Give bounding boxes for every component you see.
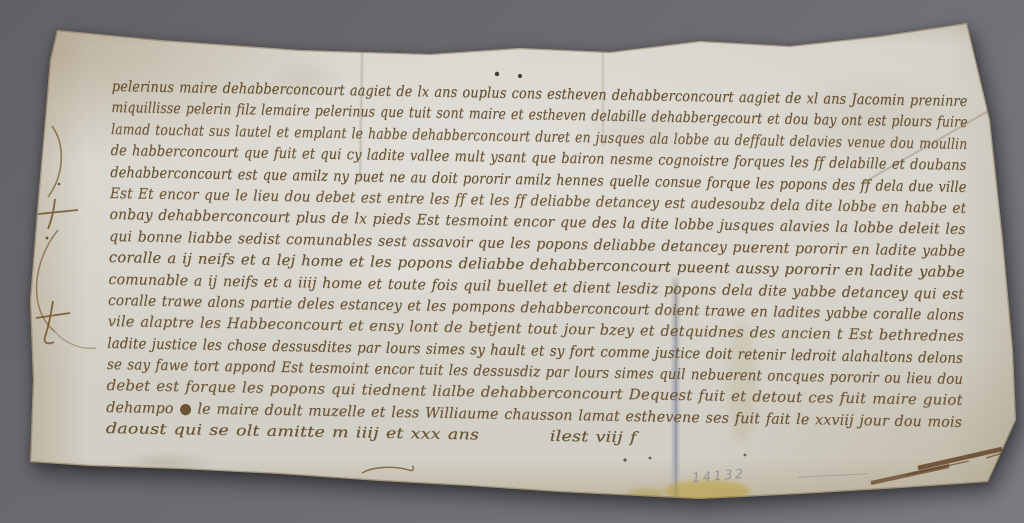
parchment-surface: pelerinus maire dehabberconcourt aagiet … (28, 22, 1016, 500)
ink-speck (744, 454, 747, 457)
margin-cross-mark-2 (36, 301, 70, 343)
photo-backdrop: pelerinus maire dehabberconcourt aagiet … (0, 0, 1024, 523)
corner-ink-slash-2 (871, 466, 949, 483)
top-ink-dot (495, 72, 499, 76)
ink-speck (649, 457, 652, 460)
margin-long-arc-mark (37, 230, 58, 332)
margin-cross-mark-1 (38, 199, 78, 229)
catalog-number-pencil: 14132 (691, 467, 746, 487)
margin-curve-mark (48, 126, 61, 197)
parchment-document: pelerinus maire dehabberconcourt aagiet … (28, 22, 1016, 500)
corner-ink-slash-thin (906, 452, 1006, 475)
margin-ink-dot (35, 145, 38, 148)
margin-ink-dot (46, 237, 49, 240)
pencil-line (798, 473, 868, 478)
margin-arc-tail (55, 332, 96, 348)
ink-speck (623, 458, 626, 461)
margin-ink-dot (58, 183, 61, 186)
bottom-flourish-mark (362, 466, 413, 473)
yellow-stain-small (628, 488, 664, 500)
manuscript-text-block: pelerinus maire dehabberconcourt aagiet … (106, 76, 968, 455)
top-ink-dot (518, 74, 522, 78)
